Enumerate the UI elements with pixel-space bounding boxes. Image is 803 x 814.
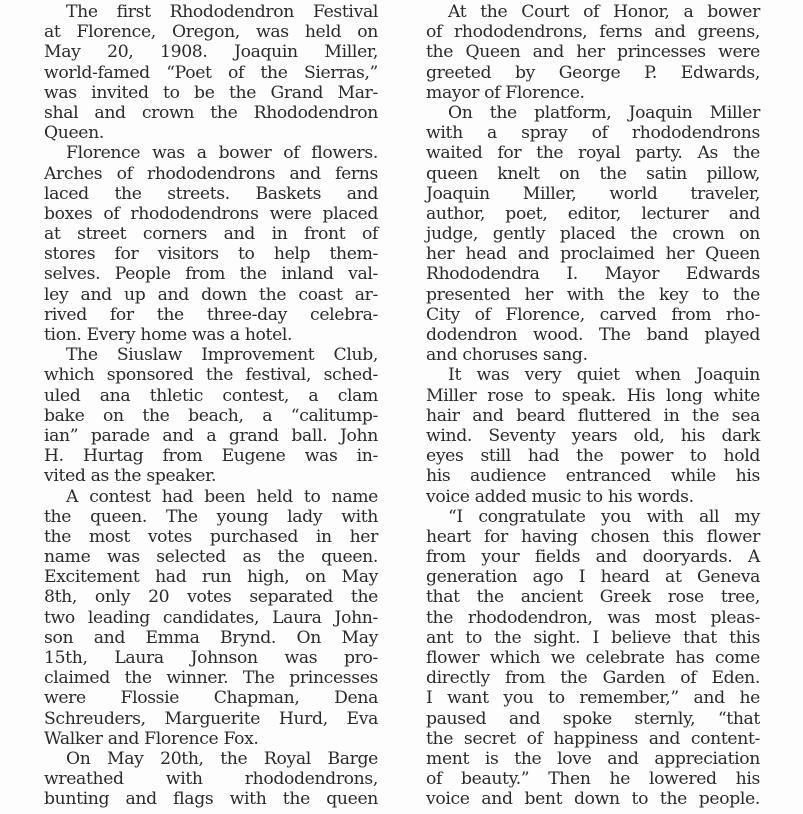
text-line: voice and bent down to the people. xyxy=(426,789,760,809)
text-line: Excitement had run high, on May xyxy=(44,567,378,587)
text-line: that the ancient Greek rose tree, xyxy=(426,587,760,607)
text-line: At the Court of Honor, a bower xyxy=(426,2,760,22)
text-line: name was selected as the queen. xyxy=(44,547,378,567)
text-line: from your fields and dooryards. A xyxy=(426,547,760,567)
text-line: I want you to remember,” and he xyxy=(426,688,760,708)
text-line: ant to the sight. I believe that this xyxy=(426,628,760,648)
text-line: ley and up and down the coast ar- xyxy=(44,285,378,305)
text-line: the most votes purchased in her xyxy=(44,527,378,547)
text-line: his audience entranced while his xyxy=(426,466,760,486)
text-line: H. Hurtag from Eugene was in- xyxy=(44,446,378,466)
text-line: hair and beard fluttered in the sea xyxy=(426,406,760,426)
text-line: ment is the love and appreciation xyxy=(426,749,760,769)
text-line: the rhododendron, was most pleas- xyxy=(426,608,760,628)
text-line: heart for having chosen this flower xyxy=(426,527,760,547)
text-line: and choruses sang. xyxy=(426,345,760,365)
text-line: City of Florence, carved from rho- xyxy=(426,305,760,325)
text-line: her head and proclaimed her Queen xyxy=(426,244,760,264)
text-line: Joaquin Miller, world traveler, xyxy=(426,184,760,204)
text-line: greeted by George P. Edwards, xyxy=(426,63,760,83)
text-line: laced the streets. Baskets and xyxy=(44,184,378,204)
text-line: at street corners and in front of xyxy=(44,224,378,244)
text-line: 15th, Laura Johnson was pro- xyxy=(44,648,378,668)
text-line: of rhododendrons, ferns and greens, xyxy=(426,22,760,42)
text-line: generation ago I heard at Geneva xyxy=(426,567,760,587)
text-line: Rhododendra I. Mayor Edwards xyxy=(426,264,760,284)
text-line: eyes still had the power to hold xyxy=(426,446,760,466)
text-line: paused and spoke sternly, “that xyxy=(426,709,760,729)
text-line: at Florence, Oregon, was held on xyxy=(44,22,378,42)
text-line: stores for visitors to help them- xyxy=(44,244,378,264)
text-line: rived for the three-day celebra- xyxy=(44,305,378,325)
text-line: judge, gently placed the crown on xyxy=(426,224,760,244)
document-page: The first Rhododendron Festivalat Floren… xyxy=(0,0,803,814)
text-line: world-famed “Poet of the Sierras,” xyxy=(44,63,378,83)
text-line: shal and crown the Rhododendron xyxy=(44,103,378,123)
text-line: On the platform, Joaquin Miller xyxy=(426,103,760,123)
text-line: dodendron wood. The band played xyxy=(426,325,760,345)
text-line: directly from the Garden of Eden. xyxy=(426,668,760,688)
text-line: were Flossie Chapman, Dena xyxy=(44,688,378,708)
text-line: The first Rhododendron Festival xyxy=(44,2,378,22)
text-line: queen knelt on the satin pillow, xyxy=(426,164,760,184)
text-line: A contest had been held to name xyxy=(44,487,378,507)
text-line: On May 20th, the Royal Barge xyxy=(44,749,378,769)
text-line: ian” parade and a grand ball. John xyxy=(44,426,378,446)
text-line: “I congratulate you with all my xyxy=(426,507,760,527)
text-line: of beauty.” Then he lowered his xyxy=(426,769,760,789)
text-line: wind. Seventy years old, his dark xyxy=(426,426,760,446)
text-line: author, poet, editor, lecturer and xyxy=(426,204,760,224)
text-line: mayor of Florence. xyxy=(426,83,760,103)
text-line: bake on the beach, a “calitump- xyxy=(44,406,378,426)
text-line: claimed the winner. The princesses xyxy=(44,668,378,688)
text-line: selves. People from the inland val- xyxy=(44,264,378,284)
text-line: Queen. xyxy=(44,123,378,143)
text-line: Arches of rhododendrons and ferns xyxy=(44,164,378,184)
text-line: wreathed with rhododendrons, xyxy=(44,769,378,789)
right-column: At the Court of Honor, a bowerof rhodode… xyxy=(426,2,760,810)
text-line: tion. Every home was a hotel. xyxy=(44,325,378,345)
text-line: with a spray of rhododendrons xyxy=(426,123,760,143)
text-line: which sponsored the festival, sched- xyxy=(44,365,378,385)
text-line: 8th, only 20 votes separated the xyxy=(44,587,378,607)
text-line: It was very quiet when Joaquin xyxy=(426,365,760,385)
text-line: the queen. The young lady with xyxy=(44,507,378,527)
text-line: Florence was a bower of flowers. xyxy=(44,143,378,163)
text-line: bunting and flags with the queen xyxy=(44,789,378,809)
text-line: May 20, 1908. Joaquin Miller, xyxy=(44,42,378,62)
text-line: was invited to be the Grand Mar- xyxy=(44,83,378,103)
text-line: voice added music to his words. xyxy=(426,487,760,507)
text-line: two leading candidates, Laura John- xyxy=(44,608,378,628)
text-line: The Siuslaw Improvement Club, xyxy=(44,345,378,365)
text-line: the Queen and her princesses were xyxy=(426,42,760,62)
text-line: boxes of rhododendrons were placed xyxy=(44,204,378,224)
text-line: the secret of happiness and content- xyxy=(426,729,760,749)
text-line: waited for the royal party. As the xyxy=(426,143,760,163)
text-line: Walker and Florence Fox. xyxy=(44,729,378,749)
text-line: Miller rose to speak. His long white xyxy=(426,386,760,406)
text-line: vited as the speaker. xyxy=(44,466,378,486)
text-line: flower which we celebrate has come xyxy=(426,648,760,668)
text-line: uled ana thletic contest, a clam xyxy=(44,386,378,406)
left-column: The first Rhododendron Festivalat Floren… xyxy=(44,2,378,810)
text-line: son and Emma Brynd. On May xyxy=(44,628,378,648)
text-line: presented her with the key to the xyxy=(426,285,760,305)
text-line: Schreuders, Marguerite Hurd, Eva xyxy=(44,709,378,729)
